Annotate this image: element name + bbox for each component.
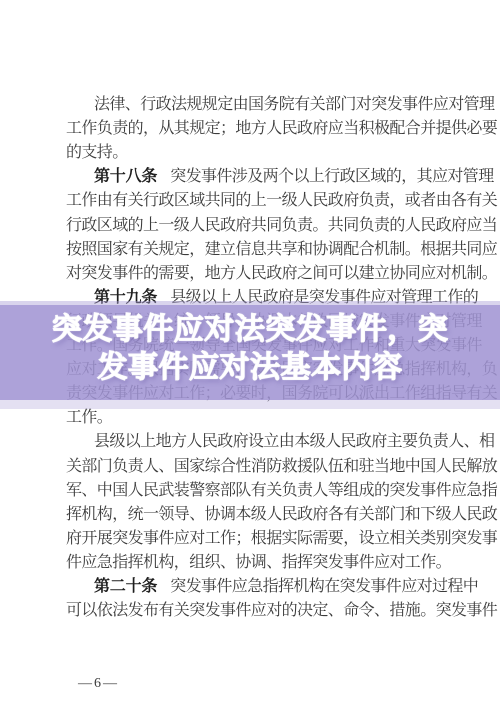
article-number: 第十八条 (94, 168, 157, 185)
doc-line: 工作。 (66, 408, 112, 427)
doc-line: 关部门负责人、国家综合性消防救援队伍和驻当地中国人民解放 (66, 457, 497, 476)
doc-line-text: 挥机构，统一领导、协调本级人民政府各有关部门和下级人民政 (66, 506, 497, 523)
doc-line-text: 工作负责的，从其规定；地方人民政府应当积极配合并提供必要 (66, 120, 497, 137)
doc-line-text: 关部门负责人、国家综合性消防救援队伍和驻当地中国人民解放 (66, 458, 497, 475)
doc-line-text: 工作由有关行政区域共同的上一级人民政府负责，或者由各有关 (66, 192, 497, 209)
banner-soft-edge (0, 400, 500, 409)
doc-line-text: 对突发事件的需要，地方人民政府之间可以建立协同应对机制。 (66, 265, 497, 282)
scanned-document-page: 法律、行政法规规定由国务院有关部门对突发事件应对管理 工作负责的，从其规定；地方… (0, 0, 500, 707)
doc-line-text: 县级以上地方人民政府设立由本级人民政府主要负责人、相 (94, 433, 494, 450)
article-title: 突发事件应对法突发事件，突 发事件应对法基本内容 (0, 305, 500, 400)
doc-line-text: 可以依法发布有关突发事件应对的决定、命令、措施。突发事件 (66, 602, 497, 619)
doc-line: 的支持。 (66, 143, 128, 162)
doc-line: 挥机构，统一领导、协调本级人民政府各有关部门和下级人民政 (66, 505, 497, 524)
doc-line-text: 突发事件涉及两个以上行政区域的，其应对管理 (170, 168, 493, 185)
doc-line-text: 军、中国人民武装警察部队有关负责人等组成的突发事件应急指 (66, 482, 497, 499)
article-title-line2: 发事件应对法基本内容 (0, 349, 500, 387)
doc-line: 对突发事件的需要，地方人民政府之间可以建立协同应对机制。 (66, 264, 497, 283)
doc-line: 工作负责的，从其规定；地方人民政府应当积极配合并提供必要 (66, 119, 497, 138)
doc-line: 县级以上地方人民政府设立由本级人民政府主要负责人、相 (94, 432, 494, 451)
doc-line: 行政区域的上一级人民政府共同负责。共同负责的人民政府应当 (66, 216, 497, 235)
doc-line: 第十八条突发事件涉及两个以上行政区域的，其应对管理 (94, 167, 494, 186)
doc-line: 可以依法发布有关突发事件应对的决定、命令、措施。突发事件 (66, 601, 497, 620)
doc-line: 工作由有关行政区域共同的上一级人民政府负责，或者由各有关 (66, 191, 497, 210)
doc-line-text: 行政区域的上一级人民政府共同负责。共同负责的人民政府应当 (66, 217, 497, 234)
doc-line-text: 件应急指挥机构，组织、协调、指挥突发事件应对工作。 (66, 554, 451, 571)
doc-line-text: 的支持。 (66, 144, 128, 161)
doc-line-text: 突发事件应急指挥机构在突发事件应对过程中 (170, 578, 478, 595)
doc-line: 第二十条突发事件应急指挥机构在突发事件应对过程中 (94, 577, 478, 596)
doc-line-text: 府开展突发事件应对工作；根据实际需要，设立相关类别突发事 (66, 530, 497, 547)
doc-line: 法律、行政法规规定由国务院有关部门对突发事件应对管理 (94, 95, 494, 114)
doc-line: 府开展突发事件应对工作；根据实际需要，设立相关类别突发事 (66, 529, 497, 548)
doc-line-text: 法律、行政法规规定由国务院有关部门对突发事件应对管理 (94, 96, 494, 113)
page-number: —6— (78, 676, 119, 692)
article-number: 第二十条 (94, 578, 157, 595)
doc-line-text: 工作。 (66, 409, 112, 426)
doc-line-text: 按照国家有关规定，建立信息共享和协调配合机制。根据共同应 (66, 241, 497, 258)
doc-line: 军、中国人民武装警察部队有关负责人等组成的突发事件应急指 (66, 481, 497, 500)
article-title-line1: 突发事件应对法突发事件，突 (0, 311, 500, 349)
doc-line: 按照国家有关规定，建立信息共享和协调配合机制。根据共同应 (66, 240, 497, 259)
doc-line: 件应急指挥机构，组织、协调、指挥突发事件应对工作。 (66, 553, 451, 572)
